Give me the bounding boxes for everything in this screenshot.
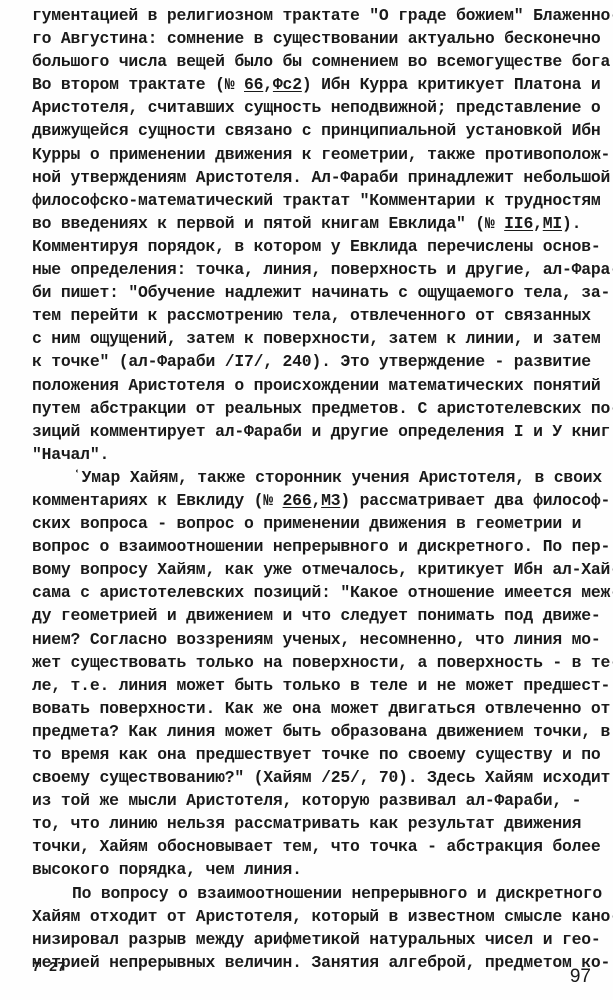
text-line: своему существованию?" (Хайям /25/, 70).… xyxy=(32,766,602,789)
text-line: философско-математический трактат "Комме… xyxy=(32,189,602,212)
text-line: высокого порядка, чем линия. xyxy=(32,858,602,881)
text-line: Курры о применении движения к геометрии,… xyxy=(32,143,602,166)
text-line: точки, Хайям обосновывает тем, что точка… xyxy=(32,835,602,858)
text-line: сама с аристотелевских позиций: "Какое о… xyxy=(32,581,602,604)
text-fragment: Во втором трактате (№ xyxy=(32,75,244,94)
paragraph-start-line: ʿУмар Хайям, также сторонник учения Арис… xyxy=(32,466,602,489)
document-page: гументацией в религиозном трактате "О гр… xyxy=(0,0,613,1000)
text-line: путем абстракции от реальных предметов. … xyxy=(32,397,602,420)
printer-signature-mark: 7 27 xyxy=(32,960,66,976)
catalog-reference-code: Фс2 xyxy=(273,75,302,94)
text-line: с ним ощущений, затем к поверхности, зат… xyxy=(32,327,602,350)
text-line: вому вопросу Хайям, как уже отмечалось, … xyxy=(32,558,602,581)
text-line: то время как она предшествует точке по с… xyxy=(32,743,602,766)
text-line: низировал разрыв между арифметикой натур… xyxy=(32,928,602,951)
text-line: метрией непрерывных величин. Занятия алг… xyxy=(32,951,602,974)
text-line-with-reference: Во втором трактате (№ 66,Фс2) Ибн Курра … xyxy=(32,73,602,96)
text-fragment: , xyxy=(263,75,273,94)
page-number: 97 xyxy=(570,966,591,988)
text-line-with-reference: комментариях к Евклиду (№ 266,М3) рассма… xyxy=(32,489,602,512)
text-line: Аристотеля, считавших сущность неподвижн… xyxy=(32,96,602,119)
text-line: движущейся сущности связано с принципиал… xyxy=(32,119,602,142)
text-line: би пишет: "Обучение надлежит начинать с … xyxy=(32,281,602,304)
text-line: то, что линию нельзя рассматривать как р… xyxy=(32,812,602,835)
text-line: предмета? Как линия может быть образован… xyxy=(32,720,602,743)
text-line: из той же мысли Аристотеля, которую разв… xyxy=(32,789,602,812)
text-line: "Начал". xyxy=(32,443,602,466)
text-line: ду геометрией и движением и что следует … xyxy=(32,604,602,627)
text-line: вопрос о взаимоотношении непрерывного и … xyxy=(32,535,602,558)
text-line: ле, т.е. линия может быть только в теле … xyxy=(32,674,602,697)
text-fragment: , xyxy=(533,214,543,233)
text-line: вовать поверхности. Как же она может дви… xyxy=(32,697,602,720)
text-fragment: комментариях к Евклиду (№ xyxy=(32,491,283,510)
text-fragment: ). xyxy=(562,214,581,233)
text-line: жет существовать только на поверхности, … xyxy=(32,651,602,674)
paragraph-start-line: По вопросу о взаимоотношении непрерывног… xyxy=(32,882,602,905)
text-line: гументацией в религиозном трактате "О гр… xyxy=(32,4,602,27)
text-line: ной утверждениям Аристотеля. Ал-Фараби п… xyxy=(32,166,602,189)
text-fragment: во введениях к первой и пятой книгам Евк… xyxy=(32,214,504,233)
text-line: зиций комментирует ал-Фараби и другие оп… xyxy=(32,420,602,443)
text-line: ные определения: точка, линия, поверхнос… xyxy=(32,258,602,281)
text-line: тем перейти к рассмотрению тела, отвлече… xyxy=(32,304,602,327)
text-line: Хайям отходит от Аристотеля, который в и… xyxy=(32,905,602,928)
text-line: ских вопроса - вопрос о применении движе… xyxy=(32,512,602,535)
text-fragment: , xyxy=(311,491,321,510)
text-fragment: ) рассматривает два философ- xyxy=(340,491,610,510)
body-text: гументацией в религиозном трактате "О гр… xyxy=(32,4,602,974)
text-line-with-reference: во введениях к первой и пятой книгам Евк… xyxy=(32,212,602,235)
text-line: положения Аристотеля о происхождении мат… xyxy=(32,374,602,397)
catalog-reference-code: М3 xyxy=(321,491,340,510)
text-fragment: ) Ибн Курра критикует Платона и xyxy=(302,75,601,94)
text-line: Комментируя порядок, в котором у Евклида… xyxy=(32,235,602,258)
catalog-reference-number: II6 xyxy=(504,214,533,233)
text-line: большого числа вещей было бы сомнением в… xyxy=(32,50,602,73)
text-line: го Августина: сомнение в существовании а… xyxy=(32,27,602,50)
text-line: нием? Согласно воззрениям ученых, несомн… xyxy=(32,628,602,651)
text-line: к точке" (ал-Фараби /I7/, 240). Это утве… xyxy=(32,350,602,373)
catalog-reference-number: 266 xyxy=(283,491,312,510)
catalog-reference-code: МI xyxy=(543,214,562,233)
catalog-reference-number: 66 xyxy=(244,75,263,94)
